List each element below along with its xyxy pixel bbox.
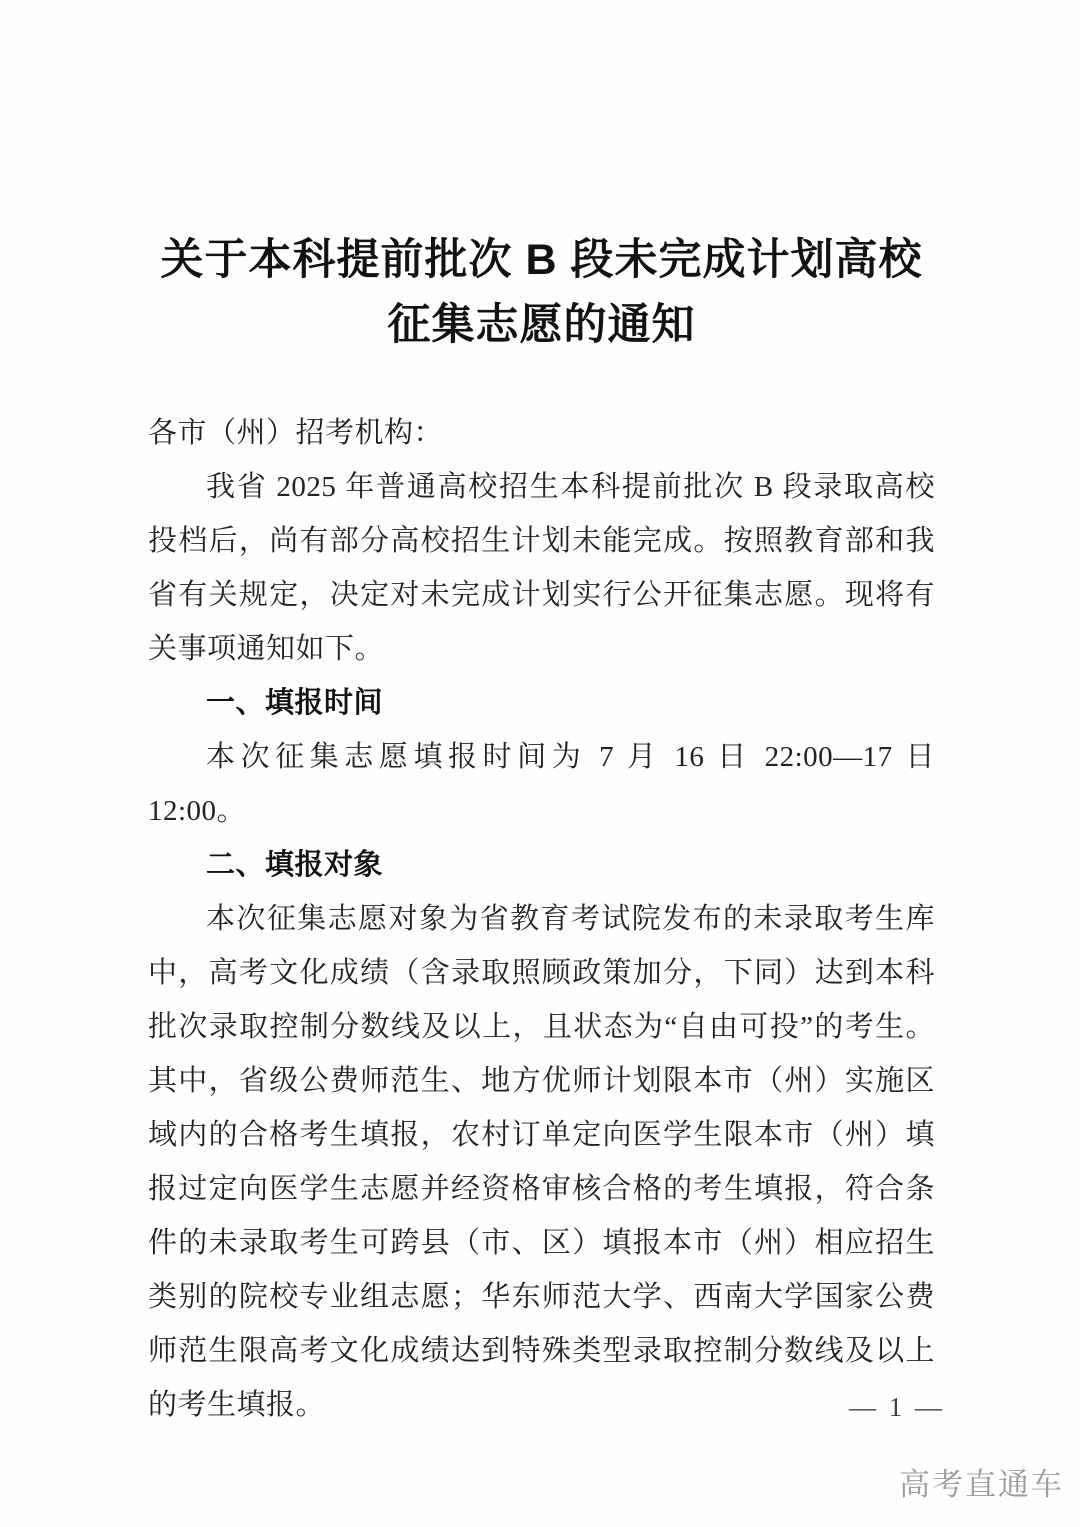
salutation: 各市（州）招考机构：	[148, 406, 935, 460]
document-title-line-1: 关于本科提前批次 B 段未完成计划高校	[148, 228, 935, 293]
page-number: — 1 —	[849, 1392, 945, 1422]
section-2-body: 本次征集志愿对象为省教育考试院发布的未录取考生库中，高考文化成绩（含录取照顾政策…	[148, 892, 935, 1432]
document-title: 关于本科提前批次 B 段未完成计划高校 征集志愿的通知	[148, 228, 935, 358]
watermark-gaokao-zhitongche: 高考直通车	[899, 1468, 1064, 1502]
section-1-heading: 一、填报时间	[148, 676, 935, 730]
section-1-body: 本次征集志愿填报时间为 7 月 16 日 22:00—17 日 12:00。	[148, 730, 935, 838]
intro-paragraph: 我省 2025 年普通高校招生本科提前批次 B 段录取高校投档后，尚有部分高校招…	[148, 460, 935, 676]
section-2-heading: 二、填报对象	[148, 838, 935, 892]
document-content: 关于本科提前批次 B 段未完成计划高校 征集志愿的通知 各市（州）招考机构： 我…	[0, 0, 1080, 1432]
document-page: 关于本科提前批次 B 段未完成计划高校 征集志愿的通知 各市（州）招考机构： 我…	[0, 0, 1080, 1527]
document-title-line-2: 征集志愿的通知	[148, 293, 935, 358]
